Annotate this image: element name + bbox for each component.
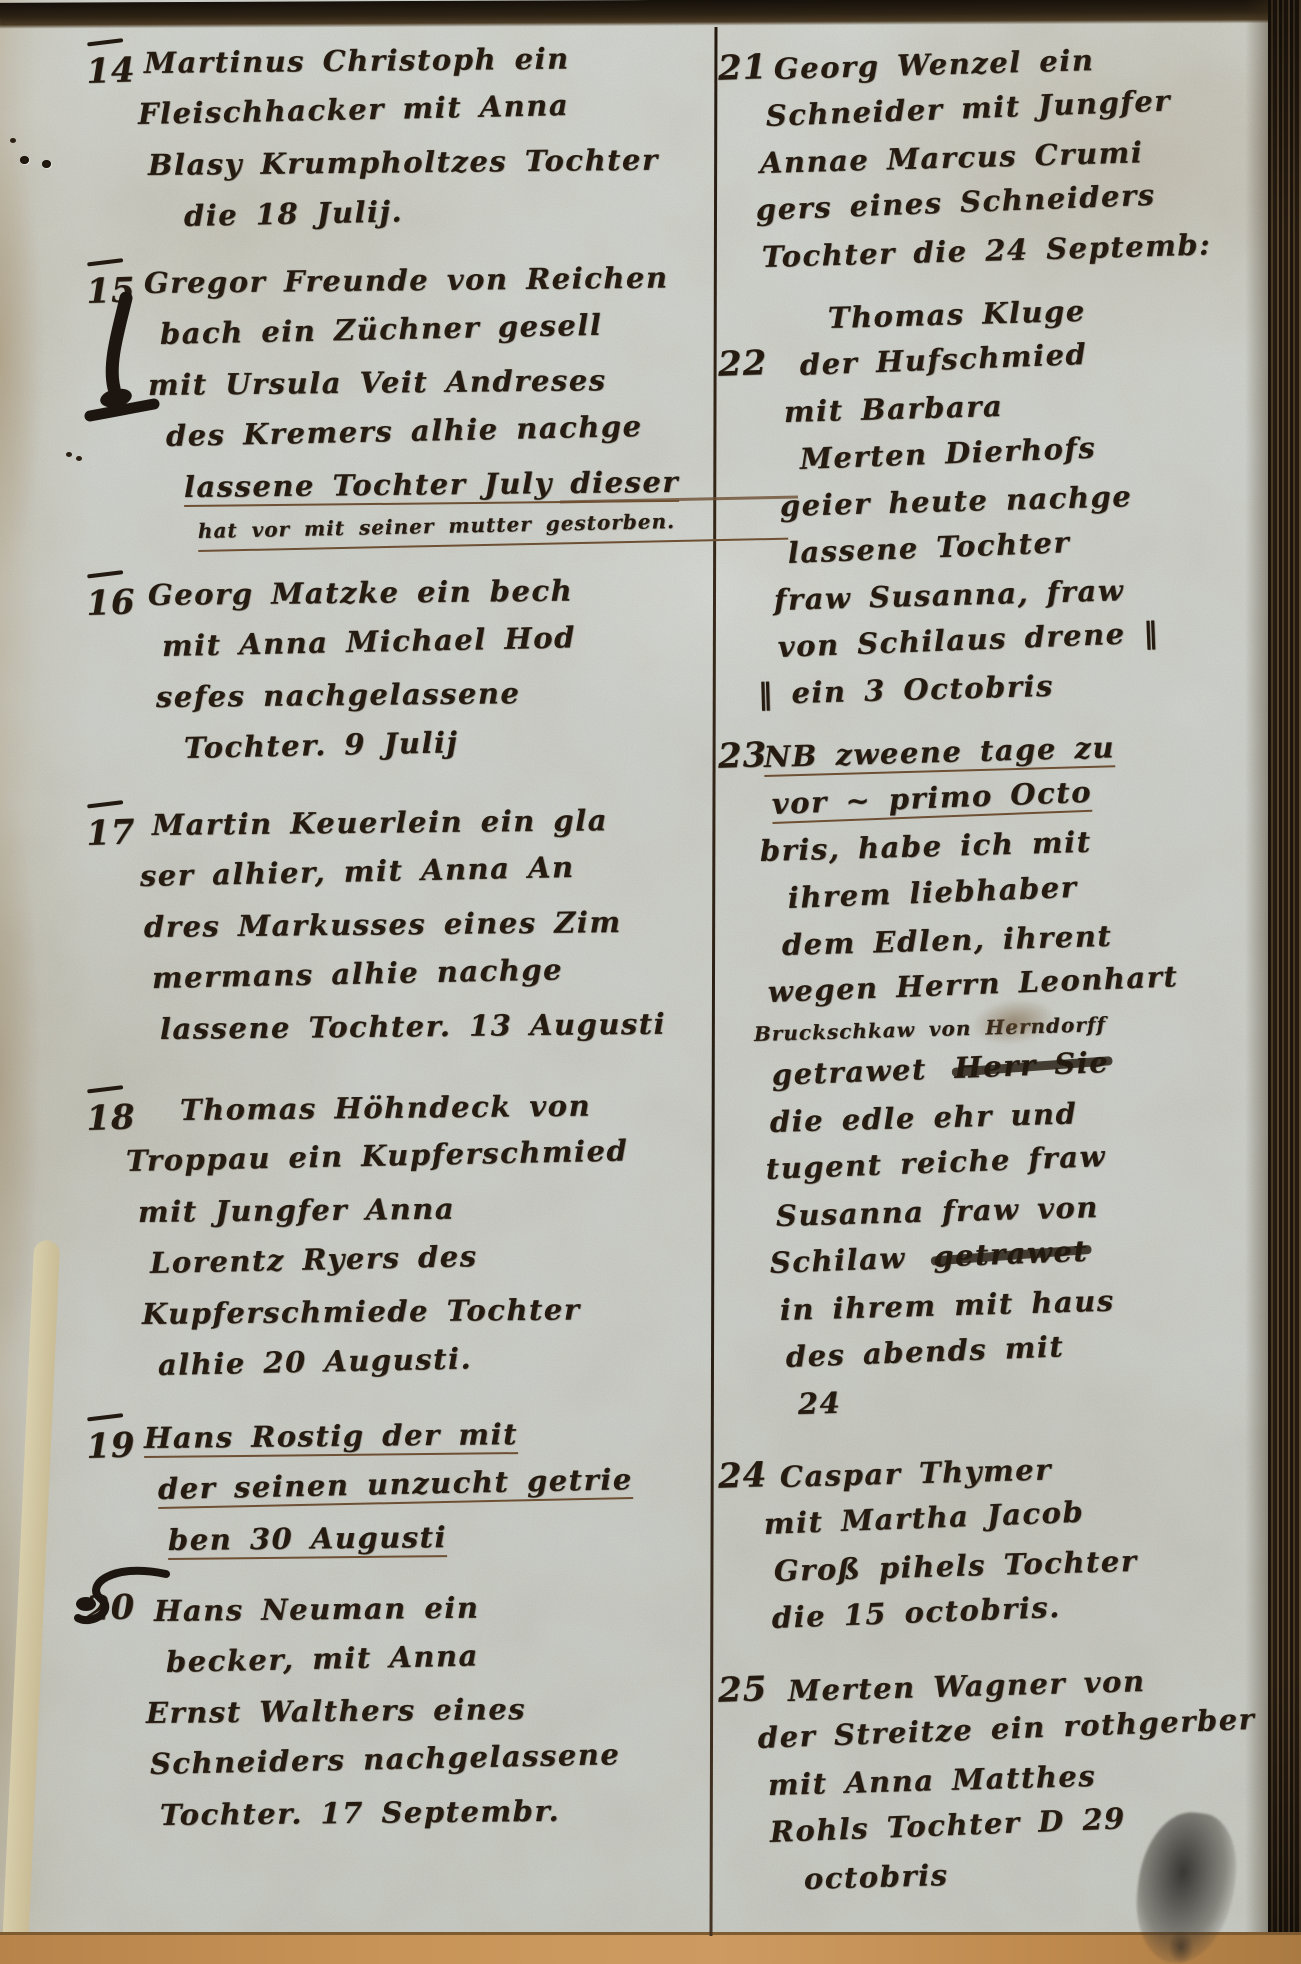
margin-ink-dot [76, 456, 82, 461]
entry-number: 15 [85, 257, 145, 314]
register-entry: 20Hans Neuman einbecker, mit AnnaErnst W… [86, 1586, 708, 1841]
struck-out-text: getrawet [933, 1234, 1089, 1274]
register-entry: 23NB zweene tage zuvor ~ primo Octobris,… [718, 734, 1274, 1428]
register-entry: 17Martin Keuerlein ein glaser alhier, mi… [86, 800, 708, 1055]
handwritten-line: Tochter. 17 Septembr. [160, 1784, 709, 1841]
handwritten-line: mermans alhie nachge [151, 941, 708, 1004]
wormhole [42, 160, 51, 168]
handwritten-line: bach ein Züchner gesell [159, 298, 708, 360]
handwritten-line: die 18 Julij. [183, 180, 708, 242]
column-divider-line [710, 27, 718, 1936]
handwritten-line: Fleischhacker mit Anna [137, 77, 708, 140]
handwritten-line: ben 30 Augusti [168, 1509, 709, 1566]
entry-number: 17 [85, 799, 145, 856]
entry-text: Georg Wenzel einSchneider mit JungferAnn… [764, 46, 1274, 281]
entry-number: 22 [717, 341, 765, 387]
register-entry: 16Georg Matzke ein bechmit Anna Michael … [86, 570, 708, 774]
handwritten-line: alhie 20 Augusti. [157, 1328, 708, 1391]
entry-text: Gregor Freunde von Reichenbach ein Züchn… [144, 258, 708, 552]
handwritten-line: lassene Tochter. 13 Augusti [160, 998, 709, 1055]
handwritten-line: des Kremers alhie nachge [165, 400, 708, 462]
register-entry: 24Caspar Thymermit Martha JacobGroß pihe… [718, 1454, 1274, 1642]
entry-text: Martinus Christoph einFleischhacker mit … [144, 38, 708, 242]
page-left-gutter-staining [0, 0, 90, 1964]
handwritten-line: ser alhier, mit Anna An [139, 839, 708, 902]
entry-number: 23 [717, 733, 765, 779]
handwritten-line: Schneiders nachgelassene [149, 1727, 708, 1790]
register-entry: 14Martinus Christoph einFleischhacker mi… [86, 38, 708, 242]
handwritten-line: becker, mit Anna [165, 1626, 708, 1688]
register-entry: 21Georg Wenzel einSchneider mit JungferA… [718, 46, 1274, 281]
entry-text: Thomas Höhndeck vonTroppau ein Kupfersch… [144, 1085, 708, 1391]
entry-text: Martin Keuerlein ein glaser alhier, mit … [144, 800, 708, 1055]
table-board-edge [0, 1932, 1301, 1964]
manuscript-page: 14Martinus Christoph einFleischhacker mi… [0, 0, 1301, 1964]
handwritten-line: Troppau ein Kupferschmied [125, 1124, 708, 1187]
handwritten-line: der seinen unzucht getrie [157, 1452, 708, 1515]
handwritten-line: mit Anna Michael Hod [161, 610, 708, 672]
handwritten-line: Tochter. 9 Julij [183, 712, 708, 774]
underlying-page-edge [2, 1240, 60, 1956]
register-entry: 19Hans Rostig der mitder seinen unzucht … [86, 1413, 708, 1566]
entry-number: 18 [85, 1084, 145, 1141]
entry-text: Hans Rostig der mitder seinen unzucht ge… [144, 1413, 708, 1566]
book-top-edge [0, 0, 1301, 29]
entry-text: Thomas Klugeder Hufschmiedmit BarbaraMer… [764, 295, 1274, 718]
struck-out-text: Herr Sie [954, 1045, 1110, 1085]
register-entry: 15Gregor Freunde von Reichenbach ein Züc… [86, 258, 708, 552]
entry-number: 21 [717, 45, 765, 91]
entry-number: 19 [85, 1412, 145, 1469]
wormhole [20, 156, 29, 164]
entry-number: 24 [717, 1453, 765, 1499]
entry-text: NB zweene tage zuvor ~ primo Octobris, h… [764, 734, 1274, 1428]
handwritten-line: Lorentz Ryers des [149, 1226, 708, 1289]
right-column: 21Georg Wenzel einSchneider mit JungferA… [718, 40, 1274, 1903]
register-entry: 25Merten Wagner vonder Streitze ein roth… [718, 1668, 1274, 1903]
entry-text: Caspar Thymermit Martha JacobGroß pihels… [764, 1454, 1274, 1642]
entry-number: 20 [85, 1585, 145, 1631]
entry-text: Merten Wagner vonder Streitze ein rothge… [764, 1668, 1274, 1903]
entry-number: 16 [85, 569, 145, 626]
entry-text: Hans Neuman einbecker, mit AnnaErnst Wal… [144, 1586, 708, 1841]
entry-text: Georg Matzke ein bechmit Anna Michael Ho… [144, 570, 708, 774]
margin-ink-dot [66, 452, 72, 457]
margin-ink-dot [10, 138, 16, 143]
entry-number: 25 [717, 1667, 765, 1713]
register-entry: 18Thomas Höhndeck vonTroppau ein Kupfers… [86, 1085, 708, 1391]
entry-number: 14 [85, 37, 145, 94]
register-entry: 22Thomas Klugeder Hufschmiedmit BarbaraM… [718, 295, 1274, 718]
left-column: 14Martinus Christoph einFleischhacker mi… [86, 34, 708, 1841]
